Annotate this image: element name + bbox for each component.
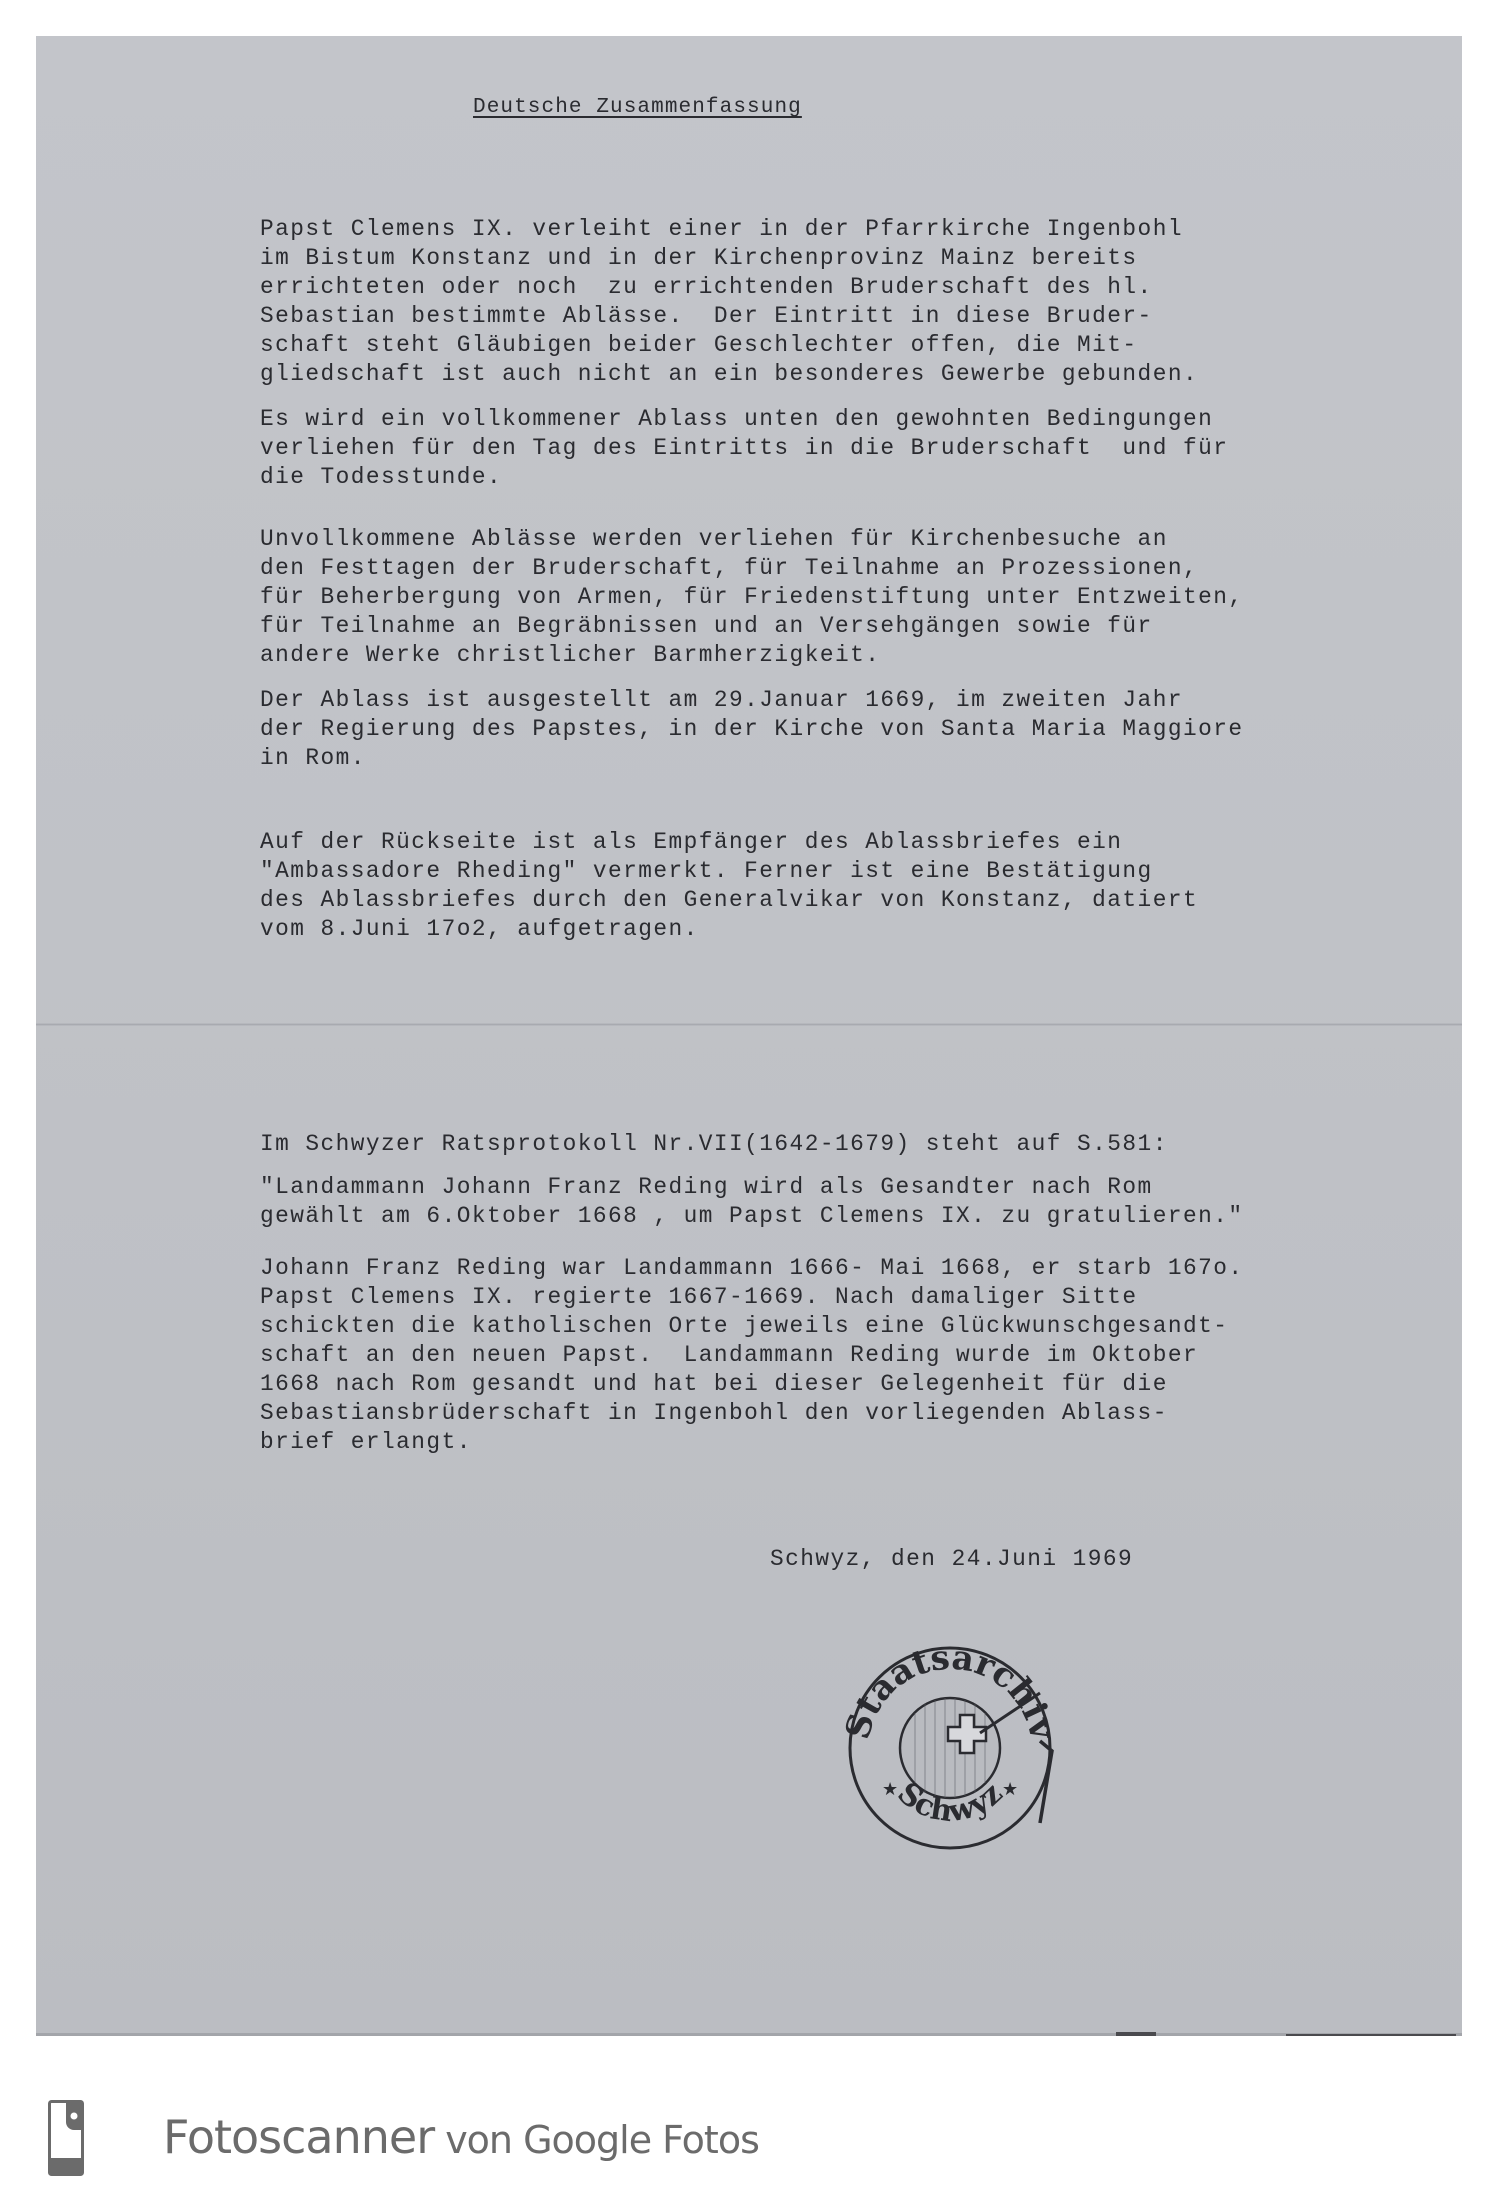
- paragraph-council-protocol: Im Schwyzer Ratsprotokoll Nr.VII(1642-16…: [260, 1130, 1168, 1159]
- paragraph-partial-indulgences: Unvollkommene Ablässe werden verliehen f…: [260, 525, 1243, 670]
- photoscan-icon: [48, 2100, 84, 2176]
- watermark-text: Fotoscanner von Google Fotos: [163, 2110, 759, 2164]
- paragraph-plenary-indulgence: Es wird ein vollkommener Ablass unten de…: [260, 405, 1228, 492]
- paper-fold-line: [36, 1023, 1462, 1026]
- paragraph-issue-date: Der Ablass ist ausgestellt am 29.Januar …: [260, 686, 1243, 773]
- paragraph-historical-context: Johann Franz Reding war Landammann 1666-…: [260, 1254, 1243, 1457]
- watermark-suffix: von Google Fotos: [434, 2118, 759, 2162]
- app-watermark-footer: Fotoscanner von Google Fotos: [0, 2036, 1499, 2198]
- paragraph-protocol-quote: "Landammann Johann Franz Reding wird als…: [260, 1173, 1243, 1231]
- document-title: Deutsche Zusammenfassung: [473, 93, 802, 122]
- stamp-star-icon: ★: [882, 1779, 898, 1799]
- stamp-star-icon: ★: [1002, 1779, 1018, 1799]
- dateline: Schwyz, den 24.Juni 1969: [770, 1545, 1133, 1574]
- paragraph-reverse-side: Auf der Rückseite ist als Empfänger des …: [260, 828, 1198, 944]
- signature-stroke: [1040, 1741, 1052, 1823]
- watermark-brand: Fotoscanner: [163, 2110, 434, 2164]
- paragraph-indulgence-grant: Papst Clemens IX. verleiht einer in der …: [260, 215, 1198, 389]
- archive-stamp: Staatsarchiv Schwyz ★ ★: [840, 1633, 1060, 1853]
